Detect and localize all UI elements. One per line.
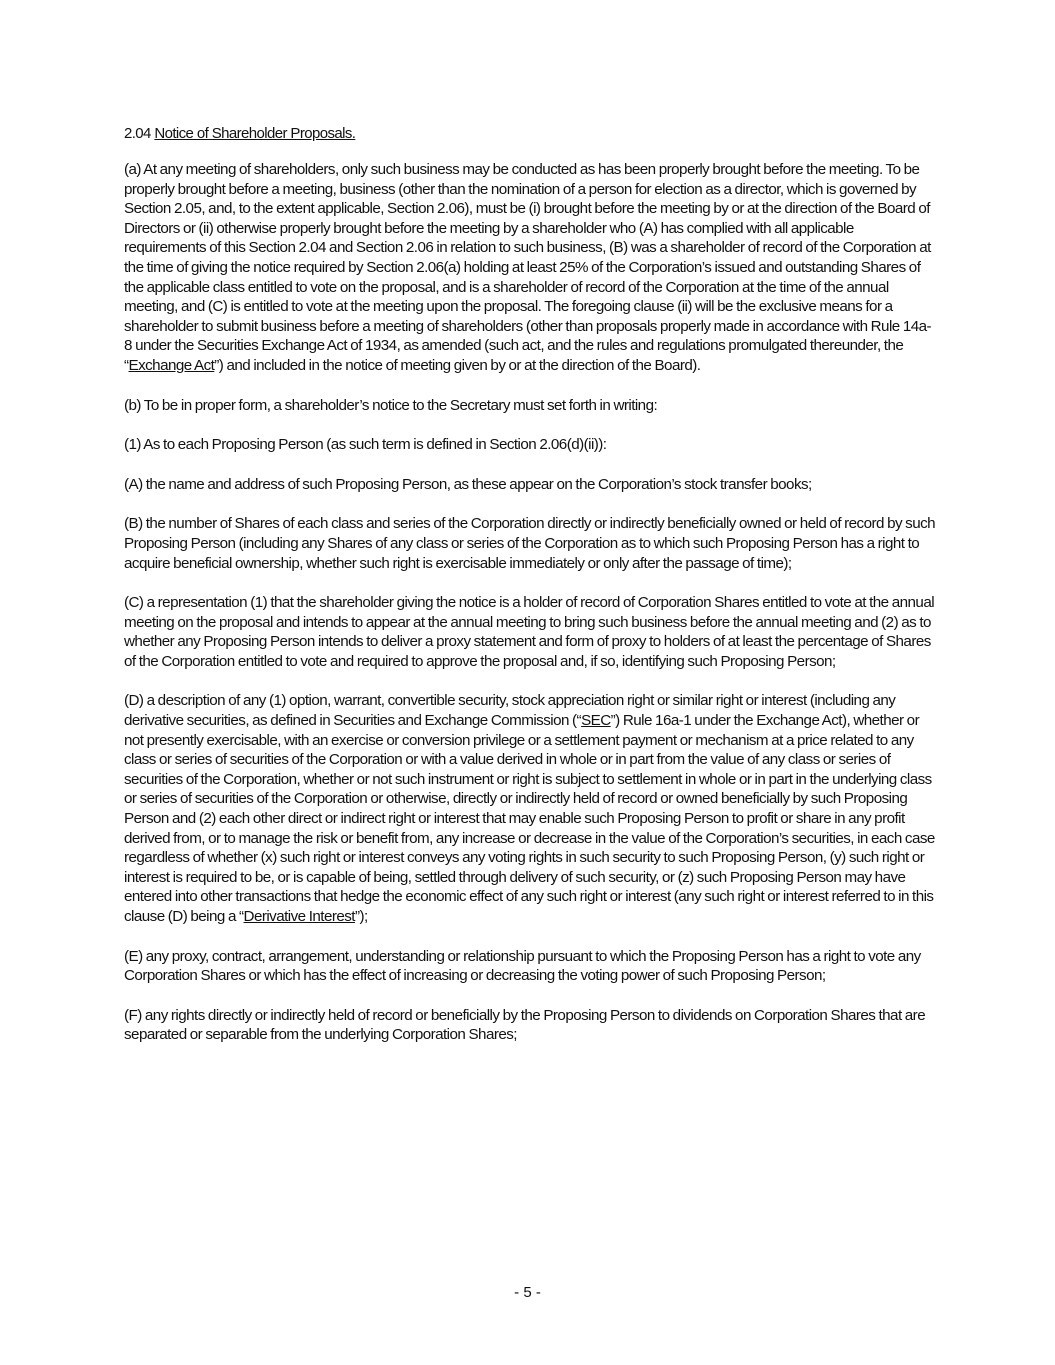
page-number: - 5 - — [0, 1284, 1055, 1301]
paragraph-b: (b) To be in proper form, a shareholder’… — [124, 396, 936, 416]
paragraph-C: (C) a representation (1) that the shareh… — [124, 593, 936, 671]
section-title: Notice of Shareholder Proposals. — [154, 125, 355, 142]
section-heading: 2.04 Notice of Shareholder Proposals. — [124, 124, 936, 144]
paragraph-a: (a) At any meeting of shareholders, only… — [124, 160, 936, 376]
paragraph-E: (E) any proxy, contract, arrangement, un… — [124, 947, 936, 986]
paragraph-a-text-end: ”) and included in the notice of meeting… — [214, 357, 700, 374]
paragraph-D: (D) a description of any (1) option, war… — [124, 691, 936, 926]
paragraph-1: (1) As to each Proposing Person (as such… — [124, 435, 936, 455]
defined-term-derivative-interest: Derivative Interest — [244, 908, 355, 925]
paragraph-D-text-middle: ”) Rule 16a-1 under the Exchange Act), w… — [124, 712, 935, 925]
section-number: 2.04 — [124, 125, 151, 142]
paragraph-F: (F) any rights directly or indirectly he… — [124, 1006, 936, 1045]
paragraph-D-text-end: ”); — [355, 908, 368, 925]
paragraph-B: (B) the number of Shares of each class a… — [124, 514, 936, 573]
defined-term-exchange-act: Exchange Act — [129, 357, 215, 374]
paragraph-A: (A) the name and address of such Proposi… — [124, 475, 936, 495]
document-page: 2.04 Notice of Shareholder Proposals. (a… — [124, 124, 936, 1063]
defined-term-sec: SEC — [581, 712, 611, 729]
paragraph-a-text: (a) At any meeting of shareholders, only… — [124, 161, 931, 374]
